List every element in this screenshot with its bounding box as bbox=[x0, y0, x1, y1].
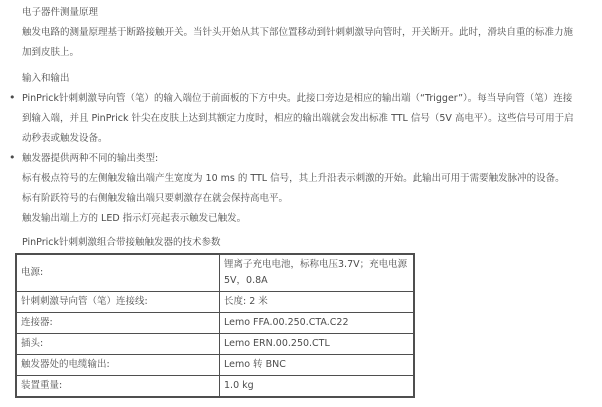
table-row: 插头: Lemo ERN.00.250.CTL bbox=[16, 334, 414, 355]
spec-label: 插头: bbox=[16, 334, 220, 355]
specs-table-caption: PinPrick针刺刺激组合带接触触发器的技术参数 bbox=[22, 233, 588, 253]
bullet-subtext: 触发输出端上方的 LED 指示灯亮起表示触发已触发。 bbox=[22, 209, 580, 229]
bullet-icon: • bbox=[9, 148, 16, 168]
spec-value: 1.0 kg bbox=[220, 376, 415, 398]
spec-value: Lemo FFA.00.250.CTA.C22 bbox=[220, 313, 415, 334]
table-row: 针刺刺激导向管（笔）连接线: 长度: 2 米 bbox=[16, 292, 414, 313]
bullet-text: PinPrick针刺刺激导向管（笔）的输入端位于前面板的下方中央。此接口旁边是相… bbox=[22, 93, 574, 144]
table-row: 电源: 锂离子充电电池，标称电压3.7V；充电电源5V，0.8A bbox=[16, 254, 414, 292]
bullet-text: 触发器提供两种不同的输出类型: bbox=[22, 153, 158, 164]
spec-label: 连接器: bbox=[16, 313, 220, 334]
document-page: 电子器件测量原理 触发电路的测量原理基于断路接触开关。当针头开始从其下部位置移动… bbox=[0, 0, 602, 407]
spec-label: 针刺刺激导向管（笔）连接线: bbox=[16, 292, 220, 313]
bullet-icon: • bbox=[9, 88, 16, 108]
spec-value: 锂离子充电电池，标称电压3.7V；充电电源5V，0.8A bbox=[220, 254, 415, 292]
list-item: • PinPrick针刺刺激导向管（笔）的输入端位于前面板的下方中央。此接口旁边… bbox=[22, 89, 580, 149]
table-row: 连接器: Lemo FFA.00.250.CTA.C22 bbox=[16, 313, 414, 334]
spec-label: 电源: bbox=[16, 254, 220, 292]
bullet-subtext: 标有阶跃符号的右侧触发输出端只要刺激存在就会保持高电平。 bbox=[22, 189, 580, 209]
bullet-subtext: 标有极点符号的左侧触发输出端产生宽度为 10 ms 的 TTL 信号，其上升沿表… bbox=[22, 169, 580, 189]
page-title: 电子器件测量原理 bbox=[22, 3, 588, 23]
spec-label: 触发器处的电缆输出: bbox=[16, 355, 220, 376]
table-row: 触发器处的电缆输出: Lemo 转 BNC bbox=[16, 355, 414, 376]
intro-paragraph: 触发电路的测量原理基于断路接触开关。当针头开始从其下部位置移动到针刺刺激导向管时… bbox=[22, 23, 582, 63]
io-bullet-list: • PinPrick针刺刺激导向管（笔）的输入端位于前面板的下方中央。此接口旁边… bbox=[22, 89, 580, 229]
specs-table: 电源: 锂离子充电电池，标称电压3.7V；充电电源5V，0.8A 针刺刺激导向管… bbox=[15, 253, 415, 398]
section-title-io: 输入和输出 bbox=[22, 69, 588, 89]
spec-label: 装置重量: bbox=[16, 376, 220, 398]
spec-value: Lemo ERN.00.250.CTL bbox=[220, 334, 415, 355]
spec-value: 长度: 2 米 bbox=[220, 292, 415, 313]
table-row: 装置重量: 1.0 kg bbox=[16, 376, 414, 398]
list-item: • 触发器提供两种不同的输出类型: 标有极点符号的左侧触发输出端产生宽度为 10… bbox=[22, 149, 580, 229]
spec-value: Lemo 转 BNC bbox=[220, 355, 415, 376]
